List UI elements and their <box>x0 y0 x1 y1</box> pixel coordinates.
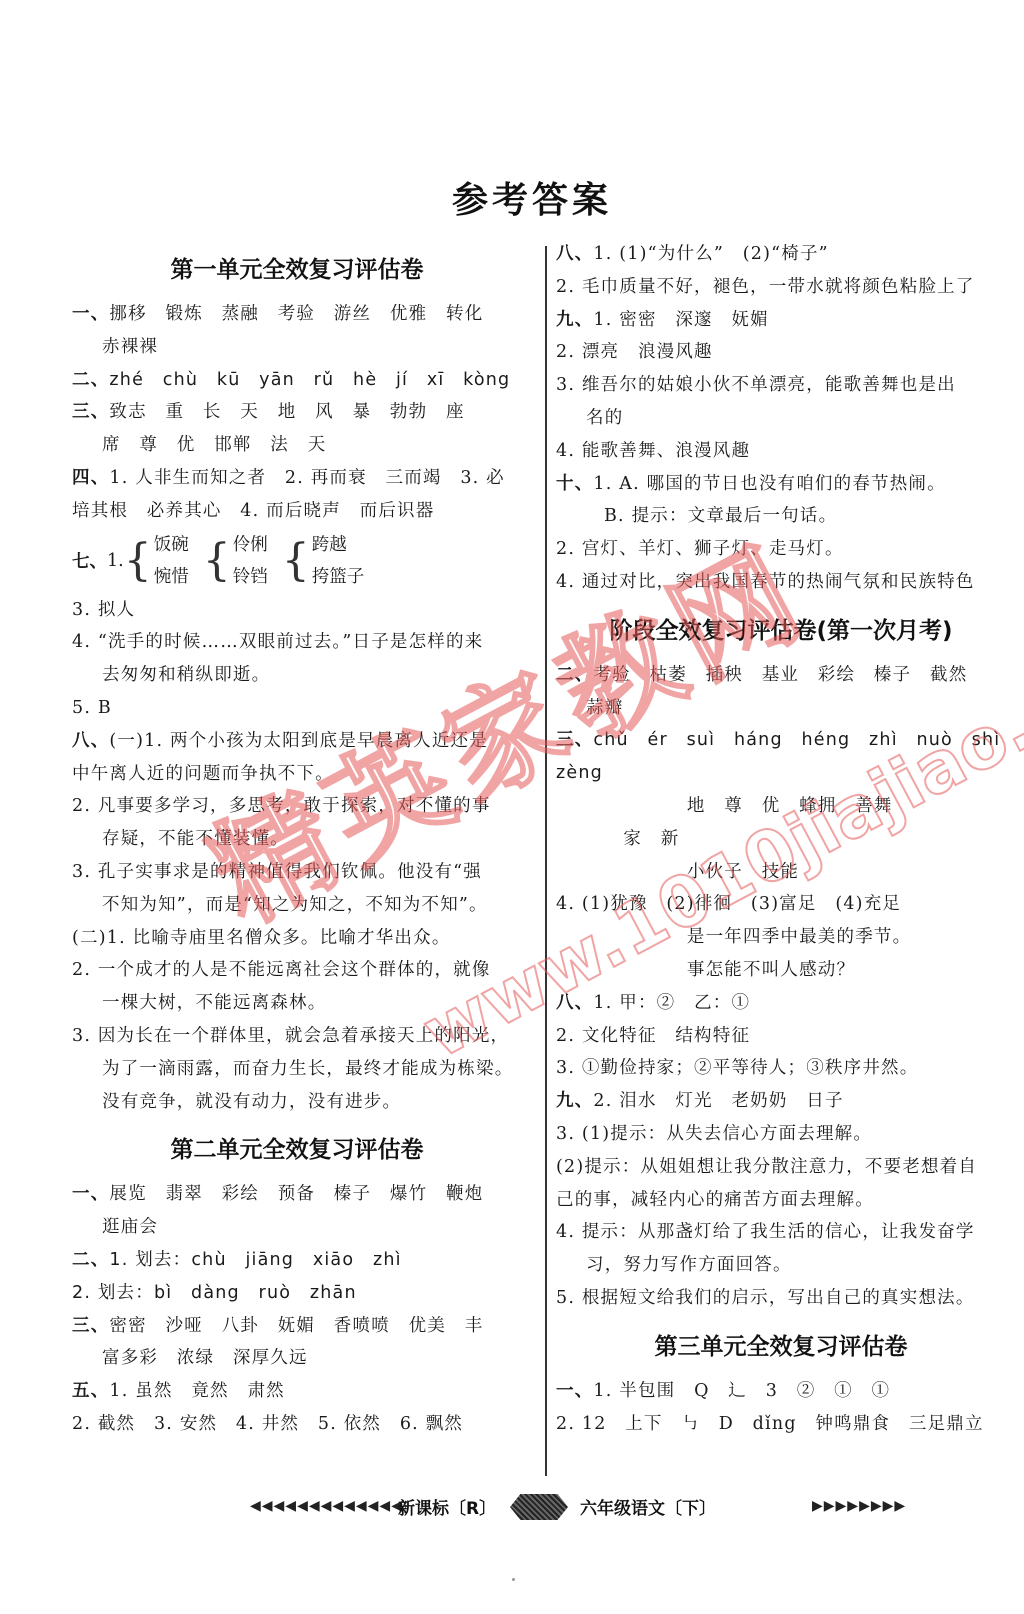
section-title: 第三单元全效复习评估卷 <box>556 1325 1006 1369</box>
answer-line: 3. (1)提示：从失去信心方面去理解。 <box>556 1118 1006 1151</box>
answer-text: 1. 划去：chù jiāng xiāo zhì <box>109 1250 401 1270</box>
answer-line: 二、考验 枯萎 插秧 基业 彩绘 榛子 截然 <box>556 659 1006 692</box>
answer-line: 3. 因为长在一个群体里，就会急着承接天上的阳光， <box>72 1020 522 1053</box>
answer-line: 4. (1)犹豫 (2)徘徊 (3)富足 (4)充足 <box>556 888 1006 921</box>
answer-line: 一、展览 翡翠 彩绘 预备 榛子 爆竹 鞭炮 <box>72 1178 522 1211</box>
left-column: 第一单元全效复习评估卷一、挪移 锻炼 蒸融 考验 游丝 优雅 转化赤裸裸二、zh… <box>72 238 522 1441</box>
answer-line: 五、1. 虽然 竟然 肃然 <box>72 1375 522 1408</box>
word: 跨越 <box>312 529 365 561</box>
answer-line: 2. 12 上下 ㇉ D dǐng 钟鸣鼎食 三足鼎立 <box>556 1408 1006 1441</box>
answer-text: 1. 人非生而知之者 2. 再而衰 三而竭 3. 必 <box>109 468 504 488</box>
answer-text: 展览 翡翠 彩绘 预备 榛子 爆竹 鞭炮 <box>109 1184 483 1204</box>
answer-text: 富多彩 浓绿 深厚久远 <box>102 1348 308 1368</box>
answer-text: 1. 密密 深邃 妩媚 <box>593 310 768 330</box>
answer-line: (二)1. 比喻寺庙里名僧众多。比喻才华出众。 <box>72 922 522 955</box>
answer-text: 挪移 锻炼 蒸融 考验 游丝 优雅 转化 <box>109 304 483 324</box>
answer-line: 蒜瓣 <box>556 692 1006 725</box>
answer-line: 三、致志 重 长 天 地 风 暴 勃勃 座 <box>72 396 522 429</box>
answer-text: 小伙子 技能 <box>556 862 799 882</box>
question-number: 八、 <box>72 731 109 751</box>
answer-text: 己的事，减轻内心的痛苦方面去理解。 <box>556 1190 874 1210</box>
word-pair: {跨越挎篮子 <box>282 529 365 593</box>
footer-subject-label: 六年级语文〔下〕 <box>580 1494 716 1519</box>
answer-line: 富多彩 浓绿 深厚久远 <box>72 1342 522 1375</box>
answer-line: 八、(一)1. 两个小孩为太阳到底是早晨离人近还是 <box>72 725 522 758</box>
question-number: 七、 <box>72 548 107 573</box>
answer-line: 九、1. 密密 深邃 妩媚 <box>556 304 1006 337</box>
answer-text: 存疑，不能不懂装懂。 <box>102 829 289 849</box>
answer-line: 一棵大树，不能远离森林。 <box>72 987 522 1020</box>
answer-line: 席 尊 优 邯郸 法 天 <box>72 429 522 462</box>
answer-text: 是一年四季中最美的季节。 <box>556 927 911 947</box>
word-pair: {饭碗惋惜 <box>124 529 189 593</box>
answer-line: 2. 宫灯、羊灯、狮子灯、走马灯。 <box>556 533 1006 566</box>
question-number: 一、 <box>72 304 109 324</box>
answer-text: 4. 提示：从那盏灯给了我生活的信心，让我发奋学 <box>556 1222 975 1242</box>
answer-line: 3. 孔子实事求是的精神值得我们钦佩。他没有“强 <box>72 856 522 889</box>
answer-text: 密密 沙哑 八卦 妩媚 香喷喷 优美 丰 <box>109 1316 483 1336</box>
answer-text: 4. (1)犹豫 (2)徘徊 (3)富足 (4)充足 <box>556 894 901 914</box>
answer-text: 致志 重 长 天 地 风 暴 勃勃 座 <box>109 402 464 422</box>
answer-line: 事怎能不叫人感动？ <box>556 954 1006 987</box>
answer-line: 八、1. 甲：② 乙：① <box>556 987 1006 1020</box>
answer-line: 二、zhé chù kū yān rǔ hè jí xī kòng <box>72 364 522 397</box>
question-number: 八、 <box>556 244 593 264</box>
answer-text: 为了一滴雨露，而奋力生长，最终才能成为栋梁。 <box>102 1059 513 1079</box>
answer-text: zhé chù kū yān rǔ hè jí xī kòng <box>109 370 510 390</box>
answer-line: 5. 根据短文给我们的启示，写出自己的真实想法。 <box>556 1282 1006 1315</box>
answer-line: 为了一滴雨露，而奋力生长，最终才能成为栋梁。 <box>72 1053 522 1086</box>
section-title: 第二单元全效复习评估卷 <box>72 1128 522 1172</box>
answer-line: 2. 一个成才的人是不能远离社会这个群体的，就像 <box>72 954 522 987</box>
answer-line: 赤裸裸 <box>72 331 522 364</box>
answer-text: 2. 一个成才的人是不能远离社会这个群体的，就像 <box>72 960 491 980</box>
answer-text: 2. 凡事要多学习，多思考，敢于探索，对不懂的事 <box>72 796 491 816</box>
answer-line: 2. 截然 3. 安然 4. 井然 5. 依然 6. 飘然 <box>72 1408 522 1441</box>
answer-text: 3. 孔子实事求是的精神值得我们钦佩。他没有“强 <box>72 862 482 882</box>
word: 饭碗 <box>154 529 189 561</box>
answer-text: 5. 根据短文给我们的启示，写出自己的真实想法。 <box>556 1288 975 1308</box>
question-number: 三、 <box>72 402 109 422</box>
question-number: 八、 <box>556 993 593 1013</box>
question-number: 二、 <box>72 370 109 390</box>
answer-line: 十、1. A. 哪国的节日也没有咱们的春节热闹。 <box>556 468 1006 501</box>
answer-line: 2. 毛巾质量不好，褪色，一带水就将颜色粘脸上了 <box>556 271 1006 304</box>
answer-line: zèng <box>556 757 1006 790</box>
answer-text: 3. (1)提示：从失去信心方面去理解。 <box>556 1124 872 1144</box>
answer-text: 3. 因为长在一个群体里，就会急着承接天上的阳光， <box>72 1026 509 1046</box>
answer-text: 席 尊 优 邯郸 法 天 <box>102 435 326 455</box>
answer-text: 4. 通过对比，突出我国春节的热闹气氛和民族特色 <box>556 572 975 592</box>
answer-line: 地 尊 优 蜂拥 善舞 <box>556 790 1006 823</box>
answer-line: 三、chǔ ér suì háng héng zhì nuò shì <box>556 724 1006 757</box>
answer-text: 没有竞争，就没有动力，没有进步。 <box>102 1092 401 1112</box>
word: 伶俐 <box>233 529 268 561</box>
answer-text: 家 新 <box>586 829 680 849</box>
answer-text: 4. 能歌善舞、浪漫风趣 <box>556 441 750 461</box>
answer-text: 2. 截然 3. 安然 4. 井然 5. 依然 6. 飘然 <box>72 1414 463 1434</box>
answer-line: 3. 拟人 <box>72 594 522 627</box>
answer-line: 4. 通过对比，突出我国春节的热闹气氛和民族特色 <box>556 566 1006 599</box>
answer-text: 2. 12 上下 ㇉ D dǐng 钟鸣鼎食 三足鼎立 <box>556 1414 984 1434</box>
question-number: 五、 <box>72 1381 109 1401</box>
brace-icon: { <box>124 539 152 583</box>
answer-text: 逛庙会 <box>102 1217 158 1237</box>
question-number: 一、 <box>72 1184 109 1204</box>
answer-text: 2. 泪水 灯光 老奶奶 日子 <box>593 1091 843 1111</box>
answer-text: 1. 半包围 Q 辶 3 ② ① ① <box>593 1381 890 1401</box>
question-number: 二、 <box>72 1250 109 1270</box>
answer-text: 2. 漂亮 浪漫风趣 <box>556 342 713 362</box>
answer-text: B. 提示：文章最后一句话。 <box>604 506 837 526</box>
left-arrows-icon: ◀◀◀◀◀◀◀◀◀◀◀◀◀ <box>250 1498 403 1514</box>
answer-text: 1. 虽然 竟然 肃然 <box>109 1381 284 1401</box>
answer-text: 中午离人近的问题而争执不下。 <box>72 764 334 784</box>
brace-icon: { <box>203 539 231 583</box>
answer-text: 习，努力写作方面回答。 <box>586 1255 792 1275</box>
answer-text: 2. 划去：bì dàng ruò zhān <box>72 1283 357 1303</box>
answer-line: 培其根 必养其心 4. 而后晓声 而后识器 <box>72 495 522 528</box>
answer-text: 考验 枯萎 插秧 基业 彩绘 榛子 截然 <box>593 665 967 685</box>
answer-line: 2. 漂亮 浪漫风趣 <box>556 336 1006 369</box>
answer-text: 2. 宫灯、羊灯、狮子灯、走马灯。 <box>556 539 844 559</box>
answer-text: 不知为知”，而是“知之为知之，不知为不知”。 <box>102 895 488 915</box>
question-number: 三、 <box>556 730 593 750</box>
answer-text: 蒜瓣 <box>586 698 623 718</box>
answer-line: 去匆匆和稍纵即逝。 <box>72 659 522 692</box>
answer-line: 名的 <box>556 402 1006 435</box>
answer-text: chǔ ér suì háng héng zhì nuò shì <box>593 730 1000 750</box>
column-divider <box>545 246 547 1476</box>
answer-line: 5. B <box>72 692 522 725</box>
brace-icon: { <box>282 539 310 583</box>
answer-line: 己的事，减轻内心的痛苦方面去理解。 <box>556 1184 1006 1217</box>
answer-text: 2. 毛巾质量不好，褪色，一带水就将颜色粘脸上了 <box>556 277 975 297</box>
answer-line: 4. “洗手的时候……双眼前过去。”日子是怎样的来 <box>72 626 522 659</box>
answer-line: 习，努力写作方面回答。 <box>556 1249 1006 1282</box>
answer-line: 存疑，不能不懂装懂。 <box>72 823 522 856</box>
answer-text: 1. A. 哪国的节日也没有咱们的春节热闹。 <box>593 474 945 494</box>
question-number: 九、 <box>556 310 593 330</box>
question-number: 四、 <box>72 468 109 488</box>
footer-edition-label: 新课标〔R〕 <box>398 1494 496 1519</box>
answer-text: zèng <box>556 763 603 783</box>
right-column: 八、1. (1)“为什么” (2)“椅子”2. 毛巾质量不好，褪色，一带水就将颜… <box>556 238 1006 1440</box>
answer-line: 家 新 <box>556 823 1006 856</box>
answer-text: 3. 维吾尔的姑娘小伙不单漂亮，能歌善舞也是出 <box>556 375 956 395</box>
answer-text: (2)提示：从姐姐想让我分散注意力，不要老想着自 <box>556 1157 977 1177</box>
answer-line: 九、2. 泪水 灯光 老奶奶 日子 <box>556 1085 1006 1118</box>
answer-line: 4. 能歌善舞、浪漫风趣 <box>556 435 1006 468</box>
question-number: 十、 <box>556 474 593 494</box>
answer-line: (2)提示：从姐姐想让我分散注意力，不要老想着自 <box>556 1151 1006 1184</box>
answer-text: 培其根 必养其心 4. 而后晓声 而后识器 <box>72 501 434 521</box>
answer-line: 三、密密 沙哑 八卦 妩媚 香喷喷 优美 丰 <box>72 1310 522 1343</box>
answer-line: 4. 提示：从那盏灯给了我生活的信心，让我发奋学 <box>556 1216 1006 1249</box>
word: 铃铛 <box>233 561 268 593</box>
answer-line: 2. 文化特征 结构特征 <box>556 1020 1006 1053</box>
answer-line: 是一年四季中最美的季节。 <box>556 921 1006 954</box>
answer-text: 3. 拟人 <box>72 600 135 620</box>
answer-line: 2. 划去：bì dàng ruò zhān <box>72 1277 522 1310</box>
answer-line: B. 提示：文章最后一句话。 <box>556 500 1006 533</box>
question-number: 一、 <box>556 1381 593 1401</box>
answer-line: 逛庙会 <box>72 1211 522 1244</box>
answer-line: 不知为知”，而是“知之为知之，不知为不知”。 <box>72 889 522 922</box>
answer-line: 四、1. 人非生而知之者 2. 再而衰 三而竭 3. 必 <box>72 462 522 495</box>
answer-line: 二、1. 划去：chù jiāng xiāo zhì <box>72 1244 522 1277</box>
answer-text: 地 尊 优 蜂拥 善舞 <box>556 796 893 816</box>
section-title: 第一单元全效复习评估卷 <box>72 248 522 292</box>
word: 挎篮子 <box>312 561 365 593</box>
answer-line: 八、1. (1)“为什么” (2)“椅子” <box>556 238 1006 271</box>
page-title: 参考答案 <box>0 172 1024 223</box>
answer-line: 2. 凡事要多学习，多思考，敢于探索，对不懂的事 <box>72 790 522 823</box>
right-arrows-icon: ▶▶▶▶▶▶▶▶ <box>812 1498 906 1514</box>
page-footer: ◀◀◀◀◀◀◀◀◀◀◀◀◀ 新课标〔R〕 六年级语文〔下〕 ▶▶▶▶▶▶▶▶ <box>0 1490 1024 1526</box>
answer-line: 没有竞争，就没有动力，没有进步。 <box>72 1086 522 1119</box>
answer-text: 事怎能不叫人感动？ <box>556 960 855 980</box>
answer-text: 1. 甲：② 乙：① <box>593 993 750 1013</box>
section-title: 阶段全效复习评估卷(第一次月考) <box>556 609 1006 653</box>
answer-text: (一)1. 两个小孩为太阳到底是早晨离人近还是 <box>109 731 488 751</box>
answer-text: 赤裸裸 <box>102 337 158 357</box>
answer-text: 1. (1)“为什么” (2)“椅子” <box>593 244 828 264</box>
answer-text: 一棵大树，不能远离森林。 <box>102 993 326 1013</box>
answer-text: 2. 文化特征 结构特征 <box>556 1026 750 1046</box>
answer-line: 中午离人近的问题而争执不下。 <box>72 758 522 791</box>
answer-line: 小伙子 技能 <box>556 856 1006 889</box>
answer-text: 名的 <box>586 408 623 428</box>
page-number-badge-icon <box>510 1494 568 1520</box>
q7-brace-row: 七、1.{饭碗惋惜{伶俐铃铛{跨越挎篮子 <box>72 528 522 594</box>
answer-text: 3. ①勤俭持家；②平等待人；③秩序井然。 <box>556 1058 918 1078</box>
answer-text: 4. “洗手的时候……双眼前过去。”日子是怎样的来 <box>72 632 483 652</box>
page-speck <box>512 1578 515 1581</box>
word-pair: {伶俐铃铛 <box>203 529 268 593</box>
question-number: 二、 <box>556 665 593 685</box>
answer-line: 3. 维吾尔的姑娘小伙不单漂亮，能歌善舞也是出 <box>556 369 1006 402</box>
question-number: 三、 <box>72 1316 109 1336</box>
answer-text: 去匆匆和稍纵即逝。 <box>102 665 270 685</box>
sub-number: 1. <box>107 551 124 571</box>
answer-text: 5. B <box>72 698 112 718</box>
answer-line: 一、挪移 锻炼 蒸融 考验 游丝 优雅 转化 <box>72 298 522 331</box>
question-number: 九、 <box>556 1091 593 1111</box>
answer-line: 一、1. 半包围 Q 辶 3 ② ① ① <box>556 1375 1006 1408</box>
answer-line: 3. ①勤俭持家；②平等待人；③秩序井然。 <box>556 1052 1006 1085</box>
answer-text: (二)1. 比喻寺庙里名僧众多。比喻才华出众。 <box>72 928 451 948</box>
word: 惋惜 <box>154 561 189 593</box>
